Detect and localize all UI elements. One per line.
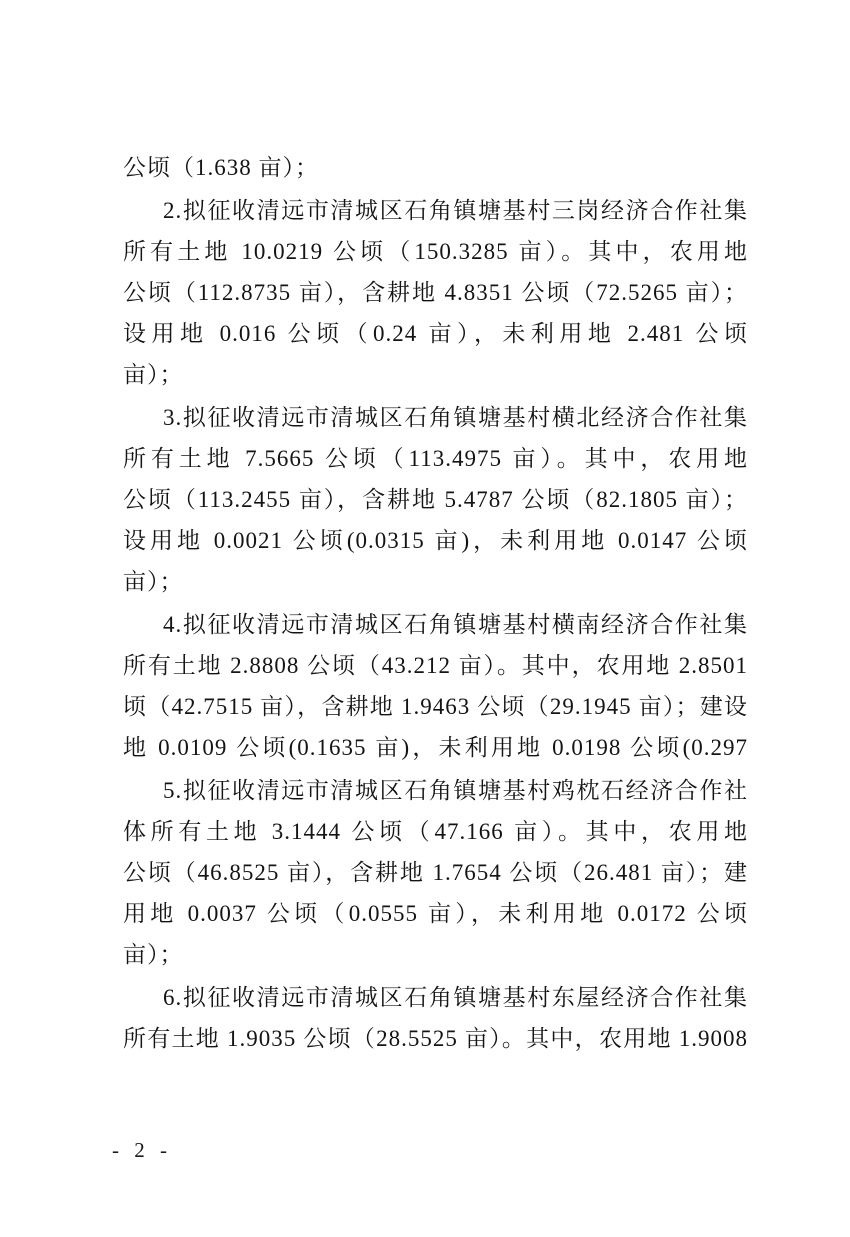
text-line: 所有土地 10.0219 公顷（150.3285 亩）。其中，农用地 7.524…	[123, 231, 748, 272]
text-line: 3.拟征收清远市清城区石角镇塘基村横北经济合作社集体	[123, 397, 748, 438]
text-line: 所有土地 1.9035 公顷（28.5525 亩）。其中，农用地 1.9008 …	[123, 1018, 748, 1059]
paragraph-clause-5: 5.拟征收清远市清城区石角镇塘基村鸡枕石经济合作社集 体所有土地 3.1444 …	[123, 770, 748, 975]
text-line: 所有土地 2.8808 公顷（43.212 亩）。其中，农用地 2.8501 公	[123, 645, 748, 686]
document-body-text: 公顷（1.638 亩）； 2.拟征收清远市清城区石角镇塘基村三岗经济合作社集体 …	[123, 147, 748, 1061]
text-line: 公顷（113.2455 亩），含耕地 5.4787 公顷（82.1805 亩）；…	[123, 479, 748, 520]
text-line: 地 0.0109 公顷(0.1635 亩)，未利用地 0.0198 公顷(0.2…	[123, 727, 748, 768]
text-line: 设用地 0.0021 公顷(0.0315 亩)，未利用地 0.0147 公顷(0…	[123, 520, 748, 561]
text-line: 公顷（112.8735 亩），含耕地 4.8351 公顷（72.5265 亩）；…	[123, 272, 748, 313]
paragraph-clause-6: 6.拟征收清远市清城区石角镇塘基村东屋经济合作社集体 所有土地 1.9035 公…	[123, 977, 748, 1059]
text-line: 4.拟征收清远市清城区石角镇塘基村横南经济合作社集体	[123, 604, 748, 645]
text-line: 2.拟征收清远市清城区石角镇塘基村三岗经济合作社集体	[123, 190, 748, 231]
text-line: 体所有土地 3.1444 公顷（47.166 亩）。其中，农用地 3.1235	[123, 811, 748, 852]
text-line: 顷（42.7515 亩），含耕地 1.9463 公顷（29.1945 亩）；建设…	[123, 686, 748, 727]
text-line: 公顷（46.8525 亩），含耕地 1.7654 公顷（26.481 亩）；建设	[123, 852, 748, 893]
paragraph-clause-2: 2.拟征收清远市清城区石角镇塘基村三岗经济合作社集体 所有土地 10.0219 …	[123, 190, 748, 395]
paragraph-clause-3: 3.拟征收清远市清城区石角镇塘基村横北经济合作社集体 所有土地 7.5665 公…	[123, 397, 748, 602]
text-line: 亩）；	[123, 934, 748, 975]
text-line: 用地 0.0037 公顷（0.0555 亩），未利用地 0.0172 公顷（0.…	[123, 893, 748, 934]
text-line: 5.拟征收清远市清城区石角镇塘基村鸡枕石经济合作社集	[123, 770, 748, 811]
text-line: 6.拟征收清远市清城区石角镇塘基村东屋经济合作社集体	[123, 977, 748, 1018]
text-line: 公顷（1.638 亩）；	[123, 147, 748, 188]
page-number: - 2 -	[112, 1135, 172, 1165]
text-line: 所有土地 7.5665 公顷（113.4975 亩）。其中，农用地 7.5497	[123, 438, 748, 479]
document-page: 公顷（1.638 亩）； 2.拟征收清远市清城区石角镇塘基村三岗经济合作社集体 …	[0, 0, 850, 1237]
text-line: 亩）；	[123, 354, 748, 395]
text-line: 设用地 0.016 公顷（0.24 亩），未利用地 2.481 公顷（37.21…	[123, 313, 748, 354]
text-line: 亩）；	[123, 561, 748, 602]
paragraph-continuation: 公顷（1.638 亩）；	[123, 147, 748, 188]
paragraph-clause-4: 4.拟征收清远市清城区石角镇塘基村横南经济合作社集体 所有土地 2.8808 公…	[123, 604, 748, 768]
